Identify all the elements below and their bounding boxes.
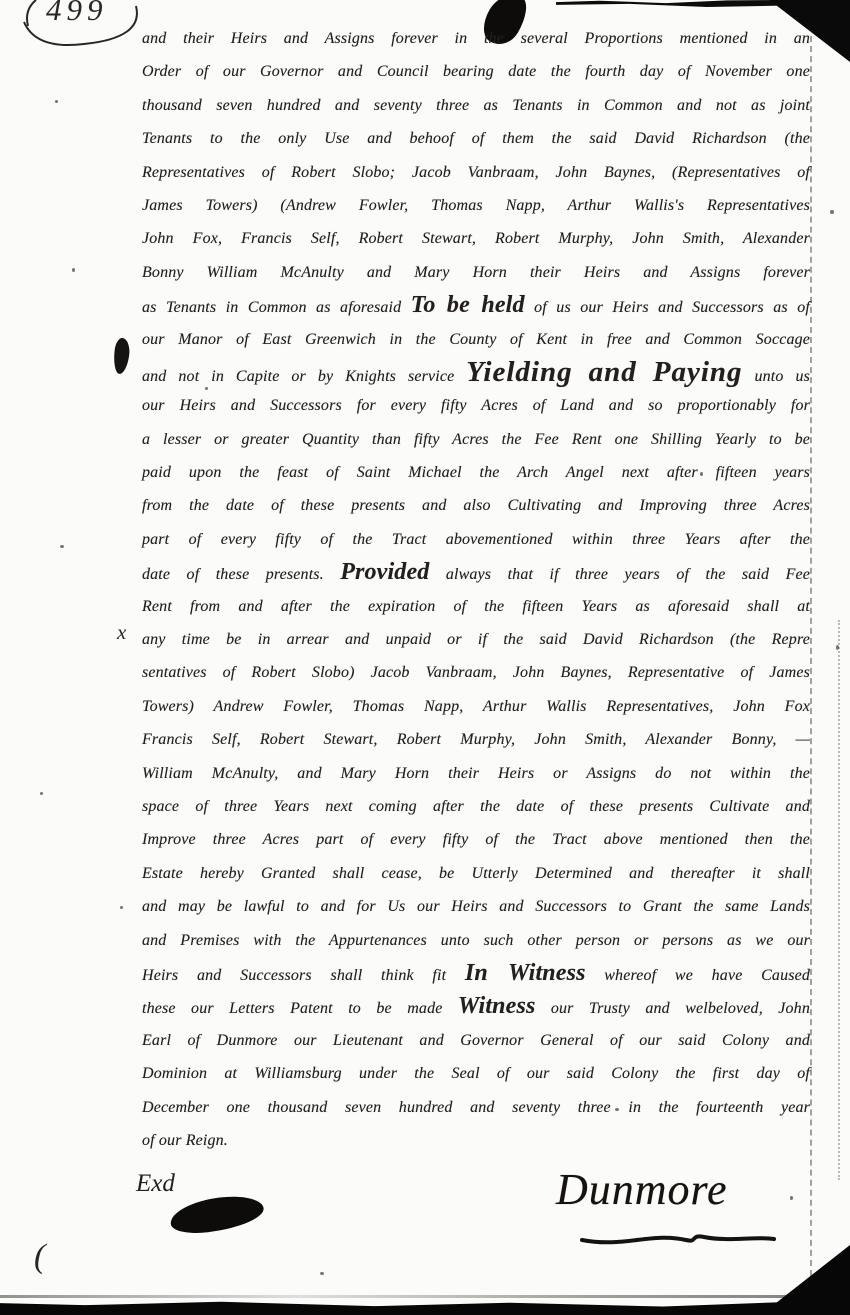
manuscript-line: from the date of these presents and also…: [142, 489, 810, 522]
manuscript-text: any time be in arrear and unpaid or if t…: [142, 631, 810, 648]
manuscript-text: our Trusty and welbeloved, John: [535, 1000, 810, 1017]
manuscript-text: John Fox, Francis Self, Robert Stewart, …: [142, 230, 810, 247]
manuscript-line: December one thousand seven hundred and …: [142, 1091, 810, 1124]
manuscript-line: a lesser or greater Quantity than fifty …: [142, 423, 810, 456]
page-edge-dashed-line: [810, 36, 812, 1276]
manuscript-line: sentatives of Robert Slobo) Jacob Vanbra…: [142, 656, 810, 689]
manuscript-text: sentatives of Robert Slobo) Jacob Vanbra…: [142, 664, 810, 681]
manuscript-line: Dominion at Williamsburg under the Seal …: [142, 1057, 810, 1090]
scan-speck: [700, 472, 703, 476]
manuscript-line: Francis Self, Robert Stewart, Robert Mur…: [142, 723, 810, 756]
margin-ink-mark: [112, 337, 131, 375]
manuscript-text: our Heirs and Successors for every fifty…: [142, 397, 810, 414]
manuscript-line: and may be lawful to and for Us our Heir…: [142, 890, 810, 923]
examined-abbreviation: Exd: [136, 1170, 175, 1198]
emphasized-phrase: To be held: [411, 292, 525, 318]
emphasized-phrase: Yielding and Paying: [466, 356, 742, 388]
scan-speck: [55, 100, 58, 103]
manuscript-line: of our Reign.: [142, 1124, 810, 1157]
manuscript-line: Estate hereby Granted shall cease, be Ut…: [142, 857, 810, 890]
manuscript-text: Tenants to the only Use and behoof of th…: [142, 130, 810, 147]
manuscript-text: thousand seven hundred and seventy three…: [142, 97, 810, 114]
margin-x-mark: x: [117, 620, 126, 645]
manuscript-line: these our Letters Patent to be made Witn…: [142, 990, 810, 1023]
page-edge-dotted-line: [838, 620, 840, 1180]
manuscript-text: unto us: [743, 368, 810, 385]
manuscript-line: Rent from and after the expiration of th…: [142, 590, 810, 623]
manuscript-text: and Premises with the Appurtenances unto…: [142, 932, 810, 949]
manuscript-text: Order of our Governor and Council bearin…: [142, 63, 810, 80]
manuscript-text: date of these presents.: [142, 566, 340, 583]
manuscript-text: Francis Self, Robert Stewart, Robert Mur…: [142, 731, 810, 748]
scan-speck: [790, 1196, 793, 1200]
manuscript-line: Towers) Andrew Fowler, Thomas Napp, Arth…: [142, 690, 810, 723]
manuscript-line: Heirs and Successors shall think fit In …: [142, 957, 810, 990]
manuscript-text: and their Heirs and Assigns forever in t…: [142, 30, 810, 47]
manuscript-text: Towers) Andrew Fowler, Thomas Napp, Arth…: [142, 698, 810, 715]
emphasized-phrase: Witness: [458, 993, 536, 1019]
manuscript-line: Improve three Acres part of every fifty …: [142, 823, 810, 856]
manuscript-text: December one thousand seven hundred and …: [142, 1099, 810, 1116]
scan-speck: [40, 792, 43, 795]
manuscript-line: and not in Capite or by Knights service …: [142, 356, 810, 389]
manuscript-line: our Heirs and Successors for every fifty…: [142, 389, 810, 422]
manuscript-line: date of these presents. Provided always …: [142, 556, 810, 589]
manuscript-line: Bonny William McAnulty and Mary Horn the…: [142, 256, 810, 289]
manuscript-line: as Tenants in Common as aforesaid To be …: [142, 289, 810, 322]
scan-speck: [72, 268, 75, 272]
manuscript-text: Earl of Dunmore our Lieutenant and Gover…: [142, 1032, 810, 1049]
signature-block: Dunmore: [550, 1164, 790, 1254]
manuscript-text: James Towers) (Andrew Fowler, Thomas Nap…: [142, 197, 810, 214]
manuscript-text: paid upon the feast of Saint Michael the…: [142, 464, 810, 481]
manuscript-text: and not in Capite or by Knights service: [142, 368, 466, 385]
emphasized-phrase: In Witness: [465, 960, 586, 986]
manuscript-line: Order of our Governor and Council bearin…: [142, 55, 810, 88]
manuscript-line: and their Heirs and Assigns forever in t…: [142, 22, 810, 55]
manuscript-line: John Fox, Francis Self, Robert Stewart, …: [142, 222, 810, 255]
manuscript-text: William McAnulty, and Mary Horn their He…: [142, 765, 810, 782]
manuscript-text: as Tenants in Common as aforesaid: [142, 299, 411, 316]
manuscript-text: these our Letters Patent to be made: [142, 1000, 458, 1017]
manuscript-line: any time be in arrear and unpaid or if t…: [142, 623, 810, 656]
manuscript-text: Dominion at Williamsburg under the Seal …: [142, 1065, 810, 1082]
manuscript-text: space of three Years next coming after t…: [142, 798, 810, 815]
scan-speck: [830, 210, 834, 214]
manuscript-text: from the date of these presents and also…: [142, 497, 810, 514]
page-number-text: 499: [46, 0, 108, 28]
bottom-left-paren-mark: (: [34, 1238, 45, 1276]
ink-blot-bottom: [168, 1192, 265, 1236]
manuscript-text: of our Reign.: [142, 1132, 228, 1149]
manuscript-text: Improve three Acres part of every fifty …: [142, 831, 810, 848]
manuscript-text: our Manor of East Greenwich in the Count…: [142, 331, 810, 348]
scan-artifact-bottom-band: [0, 1298, 850, 1315]
scan-speck: [615, 1108, 619, 1111]
manuscript-line: our Manor of East Greenwich in the Count…: [142, 323, 810, 356]
manuscript-line: James Towers) (Andrew Fowler, Thomas Nap…: [142, 189, 810, 222]
scan-speck: [836, 645, 839, 650]
scan-artifact-top-streak: [556, 0, 800, 7]
signature-text: Dunmore: [556, 1164, 728, 1215]
manuscript-line: Representatives of Robert Slobo; Jacob V…: [142, 156, 810, 189]
manuscript-text: Representatives of Robert Slobo; Jacob V…: [142, 164, 810, 181]
manuscript-text: of us our Heirs and Successors as of: [525, 299, 810, 316]
manuscript-line: thousand seven hundred and seventy three…: [142, 89, 810, 122]
manuscript-text: part of every fifty of the Tract aboveme…: [142, 531, 810, 548]
manuscript-text: whereof we have Caused: [586, 967, 810, 984]
manuscript-line: part of every fifty of the Tract aboveme…: [142, 523, 810, 556]
manuscript-text: a lesser or greater Quantity than fifty …: [142, 431, 810, 448]
manuscript-line: and Premises with the Appurtenances unto…: [142, 924, 810, 957]
manuscript-line: Tenants to the only Use and behoof of th…: [142, 122, 810, 155]
scanned-document-page: 499 and their Heirs and Assigns forever …: [0, 0, 850, 1315]
manuscript-text: and may be lawful to and for Us our Heir…: [142, 898, 810, 915]
manuscript-text: Estate hereby Granted shall cease, be Ut…: [142, 865, 810, 882]
manuscript-line: Earl of Dunmore our Lieutenant and Gover…: [142, 1024, 810, 1057]
emphasized-phrase: Provided: [340, 559, 429, 585]
manuscript-lines: and their Heirs and Assigns forever in t…: [142, 22, 810, 1157]
scan-speck: [320, 1272, 324, 1275]
manuscript-line: William McAnulty, and Mary Horn their He…: [142, 757, 810, 790]
manuscript-text: Rent from and after the expiration of th…: [142, 598, 810, 615]
manuscript-text: Bonny William McAnulty and Mary Horn the…: [142, 264, 810, 281]
scan-speck: [205, 387, 208, 390]
manuscript-line: paid upon the feast of Saint Michael the…: [142, 456, 810, 489]
page-number: 499: [16, 0, 154, 54]
scan-speck: [120, 906, 123, 909]
manuscript-line: space of three Years next coming after t…: [142, 790, 810, 823]
scan-artifact-bottom-scuff: [0, 1295, 850, 1298]
signature-flourish: [578, 1228, 778, 1252]
manuscript-text: Heirs and Successors shall think fit: [142, 967, 465, 984]
manuscript-text: always that if three years of the said F…: [429, 566, 810, 583]
scan-speck: [60, 545, 64, 548]
